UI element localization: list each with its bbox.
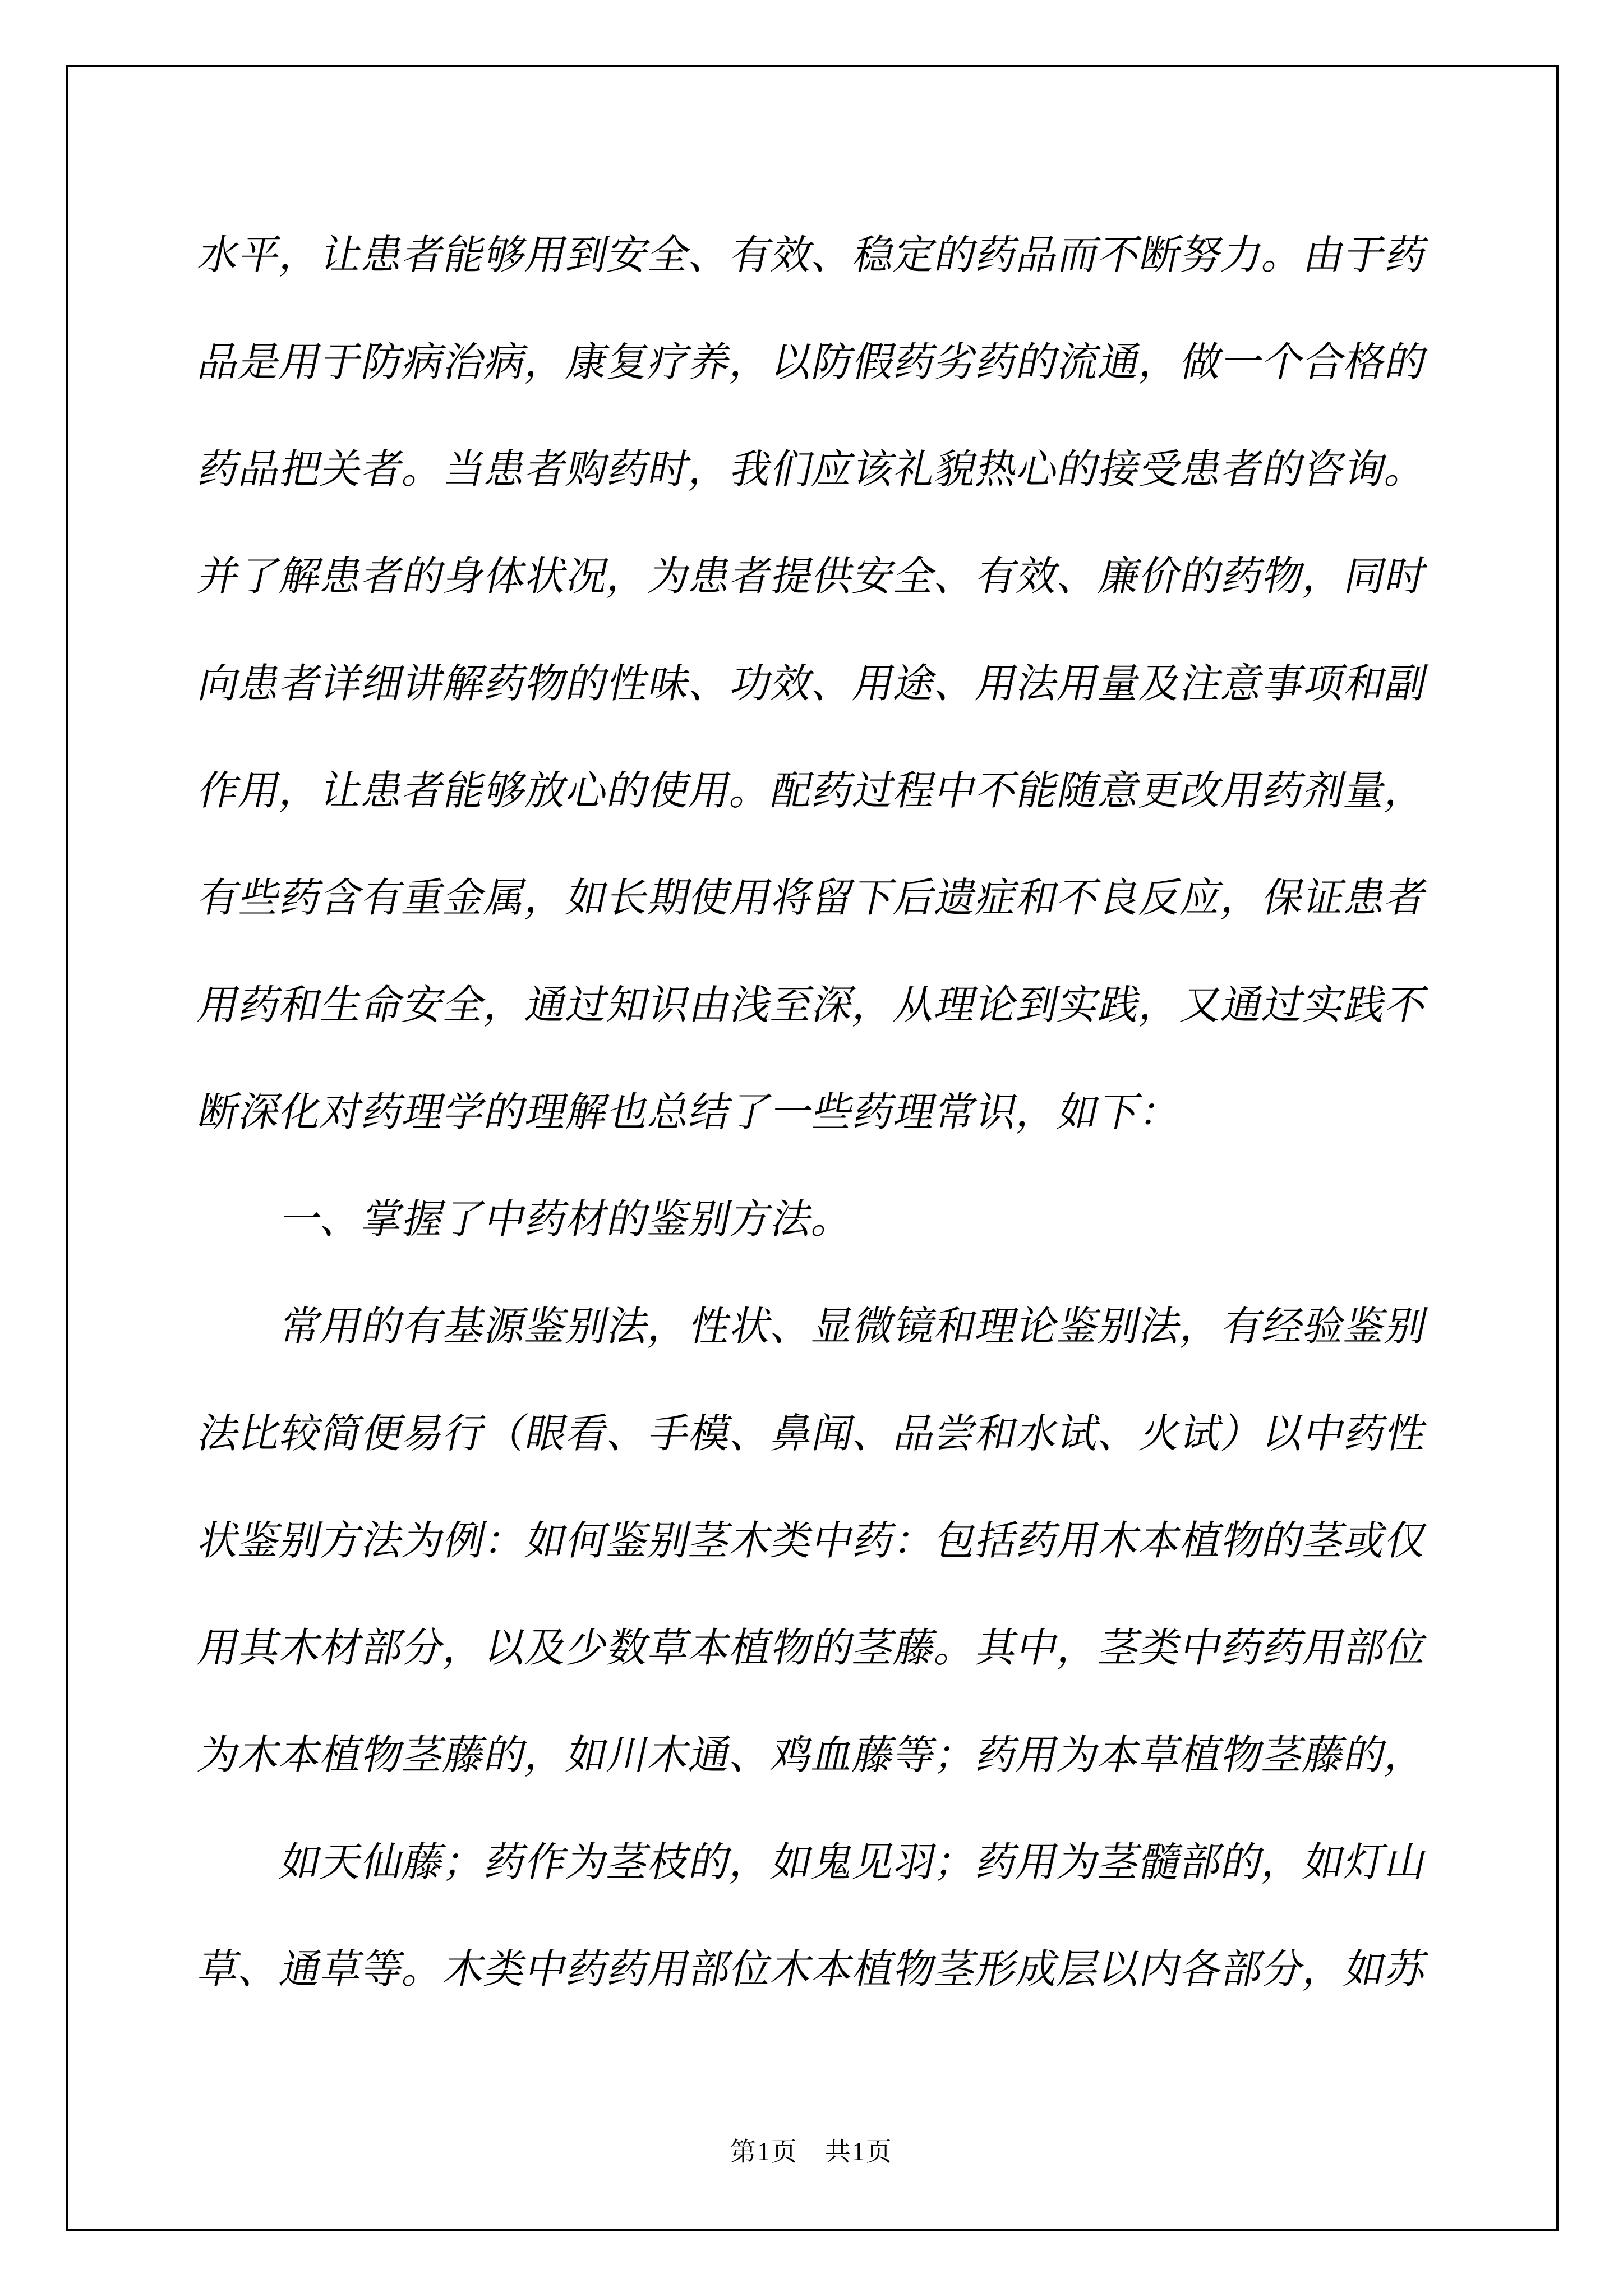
text-line: 常用的有基源鉴别法，性状、显微镜和理论鉴别法，有经验鉴别	[188, 1273, 1439, 1381]
text-line: 如天仙藤；药作为茎枝的，如鬼见羽；药用为茎髓部的，如灯山	[188, 1809, 1439, 1916]
text-line-heading: 一、掌握了中药材的鉴别方法。	[188, 1166, 1439, 1273]
text-line: 为木本植物茎藤的，如川木通、鸡血藤等；药用为本草植物茎藤的，	[188, 1702, 1439, 1809]
text-line: 状鉴别方法为例：如何鉴别茎木类中药：包括药用木本植物的茎或仅	[188, 1488, 1439, 1595]
text-line: 向患者详细讲解药物的性味、功效、用途、用法用量及注意事项和副	[188, 631, 1439, 738]
text-line: 作用，让患者能够放心的使用。配药过程中不能随意更改用药剂量，	[188, 738, 1439, 845]
document-page: 水平，让患者能够用到安全、有效、稳定的药品而不断努力。由于药 品是用于防病治病，…	[0, 0, 1623, 2296]
text-line: 品是用于防病治病，康复疗养，以防假药劣药的流通，做一个合格的	[188, 309, 1439, 416]
text-line: 用药和生命安全，通过知识由浅至深，从理论到实践，又通过实践不	[188, 952, 1439, 1059]
text-line: 并了解患者的身体状况，为患者提供安全、有效、廉价的药物，同时	[188, 523, 1439, 631]
text-line: 法比较简便易行（眼看、手模、鼻闻、品尝和水试、火试）以中药性	[188, 1381, 1439, 1488]
text-line: 有些药含有重金属，如长期使用将留下后遗症和不良反应，保证患者	[188, 845, 1439, 952]
text-line: 断深化对药理学的理解也总结了一些药理常识，如下：	[188, 1059, 1439, 1166]
text-line: 用其木材部分，以及少数草本植物的茎藤。其中，茎类中药药用部位	[188, 1595, 1439, 1702]
text-line: 草、通草等。木类中药药用部位木本植物茎形成层以内各部分，如苏	[188, 1916, 1439, 2023]
page-footer: 第1页 共1页	[0, 2135, 1623, 2169]
text-line: 药品把关者。当患者购药时，我们应该礼貌热心的接受患者的咨询。	[188, 416, 1439, 523]
document-body: 水平，让患者能够用到安全、有效、稳定的药品而不断努力。由于药 品是用于防病治病，…	[199, 202, 1427, 2023]
text-line: 水平，让患者能够用到安全、有效、稳定的药品而不断努力。由于药	[188, 202, 1439, 309]
